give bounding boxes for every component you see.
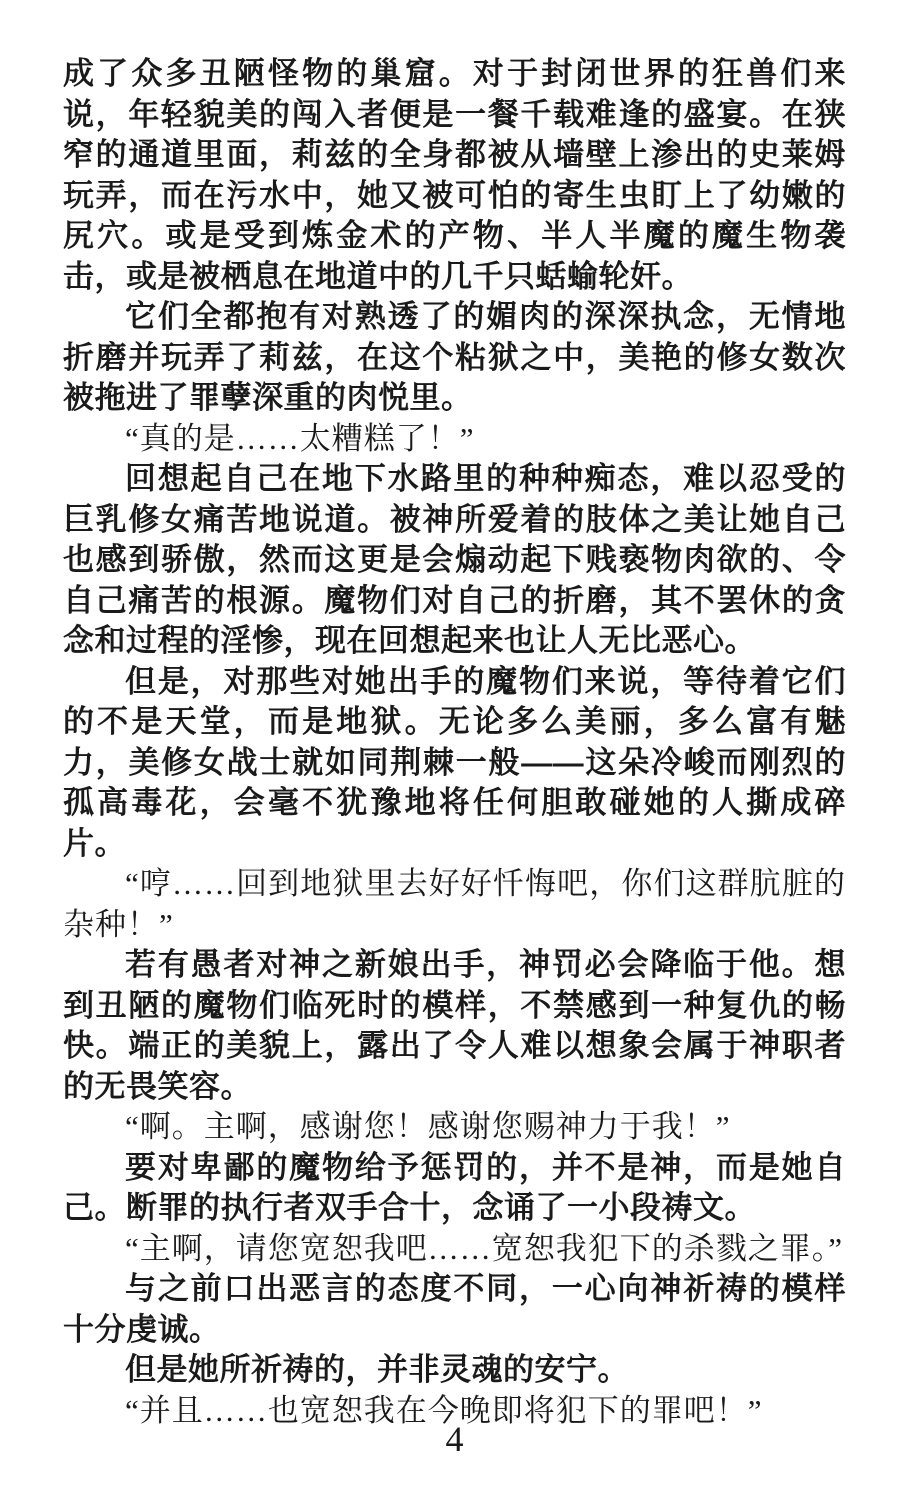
dialogue-paragraph: “啊。主啊，感谢您！感谢您赐神力于我！” — [63, 1107, 846, 1148]
body-paragraph: 与之前口出恶言的态度不同，一心向神祈祷的模样十分虔诚。 — [63, 1269, 846, 1350]
dialogue-paragraph: “主啊，请您宽恕我吧……宽恕我犯下的杀戮之罪。” — [63, 1229, 846, 1270]
dialogue-paragraph: “真的是……太糟糕了！” — [63, 419, 846, 460]
body-paragraph: 它们全都抱有对熟透了的媚肉的深深执念，无情地折磨并玩弄了莉兹，在这个粘狱之中，美… — [63, 297, 846, 419]
page-number: 4 — [0, 1418, 909, 1460]
body-paragraph: 若有愚者对神之新娘出手，神罚必会降临于他。想到丑陋的魔物们临死时的模样，不禁感到… — [63, 945, 846, 1107]
body-paragraph: 成了众多丑陋怪物的巢窟。对于封闭世界的狂兽们来说，年轻貌美的闯入者便是一餐千载难… — [63, 54, 846, 297]
body-paragraph: 回想起自己在地下水路里的种种痴态，难以忍受的巨乳修女痛苦地说道。被神所爱着的肢体… — [63, 459, 846, 662]
body-paragraph: 但是她所祈祷的，并非灵魂的安宁。 — [63, 1350, 846, 1391]
novel-page: 成了众多丑陋怪物的巢窟。对于封闭世界的狂兽们来说，年轻貌美的闯入者便是一餐千载难… — [0, 0, 909, 1488]
body-paragraph: 要对卑鄙的魔物给予惩罚的，并不是神，而是她自己。断罪的执行者双手合十，念诵了一小… — [63, 1148, 846, 1229]
page-text: 成了众多丑陋怪物的巢窟。对于封闭世界的狂兽们来说，年轻貌美的闯入者便是一餐千载难… — [63, 54, 846, 1431]
body-paragraph: 但是，对那些对她出手的魔物们来说，等待着它们的不是天堂，而是地狱。无论多么美丽，… — [63, 662, 846, 865]
dialogue-paragraph: “哼……回到地狱里去好好忏悔吧，你们这群肮脏的杂种！” — [63, 864, 846, 945]
